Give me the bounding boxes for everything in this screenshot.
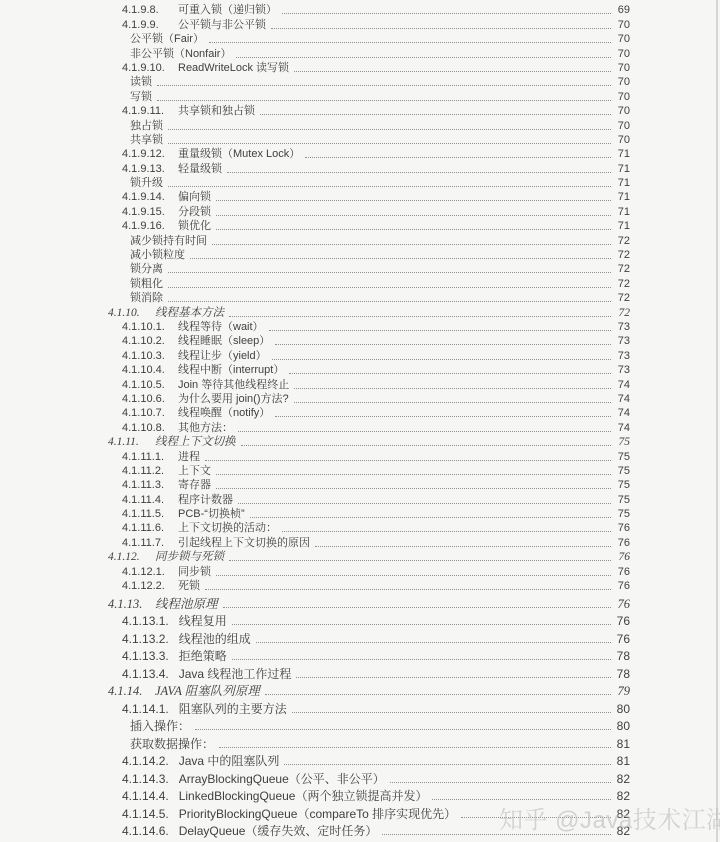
toc-entry-number: 4.1.10.7. [122,407,168,420]
dot-leader [216,215,611,216]
toc-entry-title: Join 等待其他线程终止 [178,379,289,392]
dot-leader [236,57,611,58]
dot-leader [269,330,611,331]
toc-entry-page: 75 [614,436,630,449]
dot-leader [432,799,611,800]
toc-entry-page: 70 [614,134,630,147]
toc-entry[interactable]: 4.1.9.8. 可重入锁（递归锁） 69 [0,3,720,17]
toc-entry-number: 4.1.13.1. [122,614,169,628]
dot-leader [168,186,611,187]
dot-leader [168,129,611,130]
toc-entry-title: DelayQueue（缓存失效、定时任务） [179,824,378,838]
toc-entry-page: 80 [614,702,630,716]
toc-entry-page: 70 [614,19,630,32]
toc-entry[interactable]: 4.1.11.5. PCB-“切换桢” 75 [0,507,720,521]
toc-entry-page: 70 [614,105,630,118]
toc-entry[interactable]: 4.1.14.3. ArrayBlockingQueue（公平、非公平） 82 [0,768,720,786]
toc-entry[interactable]: 4.1.9.15. 分段锁 71 [0,204,720,218]
toc-entry[interactable]: 锁分离 72 [0,262,720,276]
toc-entry-page: 70 [614,33,630,46]
toc-entry-page: 71 [614,191,630,204]
toc-entry-number: 4.1.9.13. [122,163,168,176]
toc-entry[interactable]: 4.1.9.9. 公平锁与非公平锁 70 [0,17,720,31]
toc-entry-page: 76 [614,522,630,535]
toc-entry-number: 4.1.12.1. [122,566,168,579]
dot-leader [232,624,611,625]
toc-entry-number: 4.1.9.15. [122,206,168,219]
toc-entry-page: 76 [614,614,630,628]
toc-entry-title: 分段锁 [178,206,211,219]
toc-entry[interactable]: 4.1.13.4. Java 线程池工作过程 78 [0,663,720,681]
toc-entry-number: 4.1.9.12. [122,148,168,161]
dot-leader [250,517,611,518]
toc-entry[interactable]: 4.1.11. 线程上下文切换 75 [0,435,720,449]
dot-leader [241,445,612,446]
toc-entry-page: 72 [614,292,630,305]
dot-leader [284,764,611,765]
toc-entry-number: 4.1.10.6. [122,393,168,406]
toc-entry-title: 线程中断（interrupt） [178,364,284,377]
toc-entry[interactable]: 4.1.10.8. 其他方法： 74 [0,420,720,434]
toc-entry-title: 可重入锁（递归锁） [178,4,277,17]
toc-entry-number: 4.1.11.6. [122,522,168,535]
toc-entry[interactable]: 获取数据操作： 81 [0,733,720,751]
toc-entry-title: 锁粗化 [130,278,163,291]
toc-entry[interactable]: 4.1.14.4. LinkedBlockingQueue（两个独立锁提高并发）… [0,786,720,804]
toc-entry[interactable]: 4.1.12.1. 同步锁 76 [0,564,720,578]
toc-entry[interactable]: 4.1.9.12. 重量级锁（Mutex Lock） 71 [0,147,720,161]
toc-entry-title: 获取数据操作： [130,737,214,751]
toc-entry-title: 线程上下文切换 [155,436,236,449]
toc-entry[interactable]: 插入操作： 80 [0,716,720,734]
toc-entry[interactable]: 4.1.10.1. 线程等待（wait） 73 [0,320,720,334]
toc-entry-title: PriorityBlockingQueue（compareTo 排序实现优先） [179,807,456,821]
toc-entry-page: 72 [614,278,630,291]
toc-entry-title: 非公平锁（Nonfair） [130,48,231,61]
toc-entry-title: ReadWriteLock 读写锁 [178,62,289,75]
toc-entry-number: 4.1.14.4. [122,789,169,803]
toc-entry[interactable]: 4.1.10. 线程基本方法 72 [0,305,720,319]
toc-entry[interactable]: 4.1.14.6. DelayQueue（缓存失效、定时任务） 82 [0,821,720,839]
toc-entry-page: 75 [614,508,630,521]
toc-entry-page: 75 [614,451,630,464]
toc-entry-page: 70 [614,62,630,75]
toc-entry-page: 70 [614,76,630,89]
toc-entry-number: 4.1.13.3. [122,649,169,663]
toc-entry[interactable]: 4.1.10.2. 线程睡眠（sleep） 73 [0,334,720,348]
dot-leader [289,373,611,374]
toc-entry[interactable]: 4.1.13.3. 拒绝策略 78 [0,646,720,664]
toc-entry-page: 72 [614,249,630,262]
toc-entry-page: 72 [614,235,630,248]
toc-entry-title: 线程睡眠（sleep） [178,335,270,348]
toc-entry-title: 共享锁 [130,134,163,147]
toc-entry[interactable]: 4.1.10.5. Join 等待其他线程终止 74 [0,377,720,391]
dot-leader [272,359,611,360]
toc-entry-title: Java 线程池工作过程 [179,667,292,681]
dot-leader [265,694,611,695]
dot-leader [216,200,611,201]
dot-leader [390,782,611,783]
toc-entry[interactable]: 4.1.12. 同步锁与死锁 76 [0,550,720,564]
toc-entry-number: 4.1.9.16. [122,220,168,233]
toc-entry-page: 73 [614,321,630,334]
toc-entry-number: 4.1.11.2. [122,465,168,478]
dot-leader [216,488,611,489]
toc-entry-title: 轻量级锁 [178,163,222,176]
toc-entry-page: 72 [614,263,630,276]
toc-entry-page: 73 [614,335,630,348]
dot-leader [168,287,611,288]
toc-entry-number: 4.1.14.6. [122,824,169,838]
toc-entry-title: 线程唤醒（notify） [178,407,270,420]
toc-entry-title: PCB-“切换桢” [178,508,245,521]
toc-entry-page: 72 [614,307,630,320]
dot-leader [216,575,611,576]
dot-leader [168,301,611,302]
toc-entry-title: 公平锁（Fair） [130,33,204,46]
toc-entry-title: 线程让步（yield） [178,350,267,363]
toc-entry-page: 71 [614,177,630,190]
toc-entry-number: 4.1.14.3. [122,772,169,786]
toc-entry-title: 偏向锁 [178,191,211,204]
toc-entry-number: 4.1.10.2. [122,335,168,348]
dot-leader [168,143,611,144]
toc-entry[interactable]: 4.1.14. JAVA 阻塞队列原理 79 [0,681,720,699]
toc-entry-page: 74 [614,407,630,420]
toc-entry-number: 4.1.10.3. [122,350,168,363]
toc-entry[interactable]: 4.1.11.4. 程序计数器 75 [0,492,720,506]
toc-entry-page: 74 [614,379,630,392]
toc-entry[interactable]: 4.1.10.3. 线程让步（yield） 73 [0,348,720,362]
toc-entry-page: 78 [614,667,630,681]
toc-entry-title: JAVA 阻塞队列原理 [155,684,260,698]
toc-entry[interactable]: 4.1.14.5. PriorityBlockingQueue（compareT… [0,803,720,821]
toc-entry[interactable]: 4.1.9.11. 共享锁和独占锁 70 [0,104,720,118]
toc-entry[interactable]: 4.1.12.2. 死锁 76 [0,579,720,593]
toc-entry-title: ArrayBlockingQueue（公平、非公平） [179,772,385,786]
toc-entry[interactable]: 4.1.13. 线程池原理 76 [0,593,720,611]
toc-entry-title: 其他方法： [178,422,233,435]
toc-entry-number: 4.1.12. [108,551,146,564]
toc-entry-title: 死锁 [178,580,200,593]
toc-entry-number: 4.1.11.3. [122,479,168,492]
toc-entry-title: 阻塞队列的主要方法 [179,702,287,716]
toc-entry-number: 4.1.9.10. [122,62,168,75]
toc-entry-number: 4.1.13.2. [122,632,169,646]
toc-entry-title: 写锁 [130,91,152,104]
toc-entry-page: 71 [614,206,630,219]
toc-entry-page: 75 [614,479,630,492]
dot-leader [256,642,611,643]
toc-entry[interactable]: 独占锁 70 [0,118,720,132]
toc-entry-number: 4.1.9.14. [122,191,168,204]
dot-leader [157,100,611,101]
toc-entry-title: 寄存器 [178,479,211,492]
toc-entry-number: 4.1.10.1. [122,321,168,334]
toc-entry-number: 4.1.14. [108,684,146,698]
dot-leader [212,244,611,245]
toc-entry[interactable]: 共享锁 70 [0,133,720,147]
dot-leader [282,13,611,14]
toc-entry-page: 76 [614,537,630,550]
toc-entry-title: 锁升级 [130,177,163,190]
toc-entry-page: 74 [614,422,630,435]
toc-entry-number: 4.1.10.4. [122,364,168,377]
toc-entry-page: 75 [614,494,630,507]
toc-entry-page: 76 [614,580,630,593]
toc-entry-number: 4.1.13.4. [122,667,169,681]
toc-entry-number: 4.1.12.2. [122,580,168,593]
toc-entry[interactable]: 读锁 70 [0,75,720,89]
toc-entry[interactable]: 4.1.10.4. 线程中断（interrupt） 73 [0,363,720,377]
toc-entry-title: 上下文切换的活动： [178,522,277,535]
toc-entry-page: 81 [614,737,630,751]
toc-entry[interactable]: 4.1.10.7. 线程唤醒（notify） 74 [0,406,720,420]
dot-leader [296,677,611,678]
dot-leader [157,85,611,86]
toc-entry[interactable]: 4.1.11.1. 进程 75 [0,449,720,463]
toc-entry-number: 4.1.10.5. [122,379,168,392]
toc-entry-title: 线程池原理 [155,597,218,611]
toc-entry-title: 共享锁和独占锁 [178,105,255,118]
toc-entry-number: 4.1.11. [108,436,146,449]
toc-entry[interactable]: 减小锁粒度 72 [0,248,720,262]
toc-entry-number: 4.1.14.2. [122,754,169,768]
toc-entry[interactable]: 4.1.14.2. Java 中的阻塞队列 81 [0,751,720,769]
toc-entry-page: 73 [614,350,630,363]
toc-entry[interactable]: 4.1.13.1. 线程复用 76 [0,611,720,629]
toc-entry-page: 76 [614,597,630,611]
toc-entry-title: LinkedBlockingQueue（两个独立锁提高并发） [179,789,428,803]
toc-entry-number: 4.1.11.1. [122,451,168,464]
toc-entry-number: 4.1.9.8. [122,4,168,17]
toc-entry-number: 4.1.10. [108,307,146,320]
toc-entry-title: 锁分离 [130,263,163,276]
dot-leader [275,344,611,345]
toc-entry-title: 同步锁 [178,566,211,579]
toc-entry-title: 锁消除 [130,292,163,305]
toc-entry-number: 4.1.14.1. [122,702,169,716]
dot-leader [275,416,611,417]
toc-entry-number: 4.1.9.9. [122,19,168,32]
toc-entry-page: 78 [614,649,630,663]
toc-entry[interactable]: 写锁 70 [0,89,720,103]
dot-leader [294,402,611,403]
toc-entry-page: 70 [614,48,630,61]
toc-entry[interactable]: 锁升级 71 [0,176,720,190]
toc-entry-page: 76 [614,566,630,579]
toc-entry-page: 70 [614,120,630,133]
dot-leader [294,71,611,72]
dot-leader [282,531,611,532]
dot-leader [232,659,611,660]
dot-leader [216,229,611,230]
dot-leader [209,42,611,43]
dot-leader [223,607,611,608]
toc-entry-title: 同步锁与死锁 [155,551,224,564]
toc-entry[interactable]: 4.1.9.14. 偏向锁 71 [0,190,720,204]
toc-entry-number: 4.1.11.5. [122,508,168,521]
dot-leader [238,503,611,504]
toc-entry-page: 80 [614,719,630,733]
toc-entry-title: 减少锁持有时间 [130,235,207,248]
toc-entry-title: 线程池的组成 [179,632,251,646]
toc-entry-number: 4.1.13. [108,597,146,611]
toc-entry-page: 82 [614,807,630,821]
toc-entry-title: 程序计数器 [178,494,233,507]
toc-entry-page: 81 [614,754,630,768]
toc-entry-page: 71 [614,148,630,161]
dot-leader [260,114,611,115]
toc-entry-title: Java 中的阻塞队列 [179,754,280,768]
toc-entry-number: 4.1.11.4. [122,494,168,507]
toc-entry[interactable]: 锁消除 72 [0,291,720,305]
toc-entry-page: 82 [614,824,630,838]
toc-entry[interactable]: 公平锁（Fair） 70 [0,32,720,46]
toc-entry-page: 70 [614,91,630,104]
toc-entry-title: 锁优化 [178,220,211,233]
toc-entry-page: 75 [614,465,630,478]
toc-entry-title: 拒绝策略 [179,649,227,663]
toc-entry[interactable]: 4.1.9.10. ReadWriteLock 读写锁 70 [0,61,720,75]
toc-entry-page: 73 [614,364,630,377]
toc-entry-page: 71 [614,163,630,176]
dot-leader [190,258,611,259]
dot-leader [229,560,611,561]
toc-entry-title: 减小锁粒度 [130,249,185,262]
toc-entry[interactable]: 锁粗化 72 [0,276,720,290]
toc-entry-page: 79 [614,684,630,698]
dot-leader [238,431,611,432]
toc-entry[interactable]: 4.1.11.3. 寄存器 75 [0,478,720,492]
toc-entry-page: 82 [614,772,630,786]
toc-entry-title: 线程基本方法 [155,307,224,320]
dot-leader [168,272,611,273]
dot-leader [294,388,611,389]
toc-entry[interactable]: 4.1.11.7. 引起线程上下文切换的原因 76 [0,535,720,549]
toc-entry-title: 线程等待（wait） [178,321,264,334]
dot-leader [205,460,611,461]
toc-entry-title: 引起线程上下文切换的原因 [178,537,310,550]
toc-entry-page: 82 [614,789,630,803]
toc-entry-title: 重量级锁（Mutex Lock） [178,148,300,161]
dot-leader [382,834,611,835]
toc-entry-number: 4.1.11.7. [122,537,168,550]
toc-entry-page: 76 [614,551,630,564]
toc-entry[interactable]: 4.1.14.1. 阻塞队列的主要方法 80 [0,698,720,716]
toc-entry[interactable]: 4.1.10.6. 为什么要用 join()方法? 74 [0,392,720,406]
toc-entry[interactable]: 4.1.11.6. 上下文切换的活动： 76 [0,521,720,535]
toc-entry-page: 71 [614,220,630,233]
dot-leader [305,157,611,158]
dot-leader [271,28,611,29]
dot-leader [227,172,611,173]
toc-entry[interactable]: 4.1.13.2. 线程池的组成 76 [0,628,720,646]
toc-list: 4.1.9.8. 可重入锁（递归锁） 69 4.1.9.9. 公平锁与非公平锁 … [0,3,720,838]
toc-entry[interactable]: 非公平锁（Nonfair） 70 [0,46,720,60]
toc-entry-number: 4.1.14.5. [122,807,169,821]
dot-leader [229,316,611,317]
toc-entry-title: 为什么要用 join()方法? [178,393,289,406]
dot-leader [216,474,611,475]
toc-entry[interactable]: 4.1.11.2. 上下文 75 [0,464,720,478]
dot-leader [315,546,611,547]
document-page: 4.1.9.8. 可重入锁（递归锁） 69 4.1.9.9. 公平锁与非公平锁 … [0,0,720,842]
toc-entry-page: 69 [614,4,630,17]
dot-leader [205,589,611,590]
toc-entry-page: 74 [614,393,630,406]
toc-entry-title: 独占锁 [130,120,163,133]
toc-entry-title: 上下文 [178,465,211,478]
toc-entry[interactable]: 4.1.9.16. 锁优化 71 [0,219,720,233]
toc-entry-title: 插入操作： [130,719,190,733]
toc-entry-title: 线程复用 [179,614,227,628]
toc-entry[interactable]: 减少锁持有时间 72 [0,233,720,247]
toc-entry-title: 公平锁与非公平锁 [178,19,266,32]
dot-leader [219,747,611,748]
dot-leader [461,817,611,818]
toc-entry-title: 进程 [178,451,200,464]
toc-entry-page: 76 [614,632,630,646]
toc-entry-number: 4.1.10.8. [122,422,168,435]
dot-leader [195,729,611,730]
toc-entry-number: 4.1.9.11. [122,105,168,118]
page-edge-line [716,0,718,842]
toc-entry[interactable]: 4.1.9.13. 轻量级锁 71 [0,161,720,175]
toc-entry-title: 读锁 [130,76,152,89]
dot-leader [292,712,611,713]
